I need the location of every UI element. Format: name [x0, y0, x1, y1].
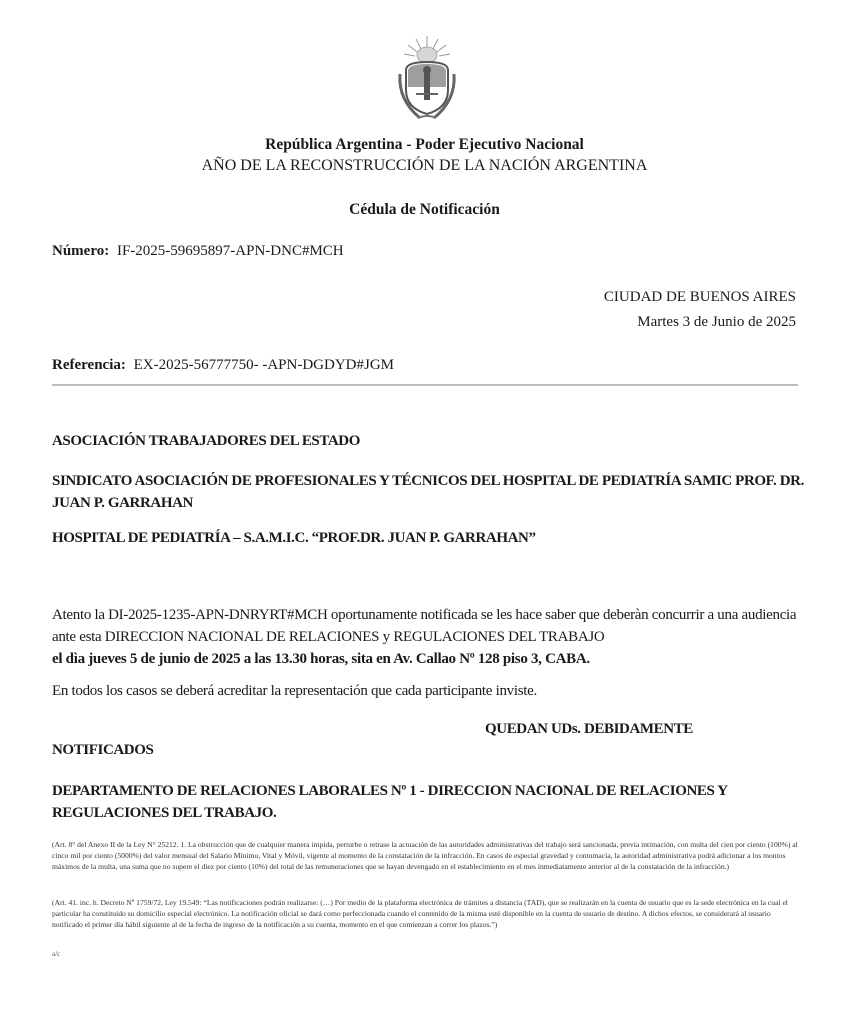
referencia-value: EX-2025-56777750- -APN-DGDYD#JGM — [134, 357, 394, 373]
recipient-1: ASOCIACIÓN TRABAJADORES DEL ESTADO — [52, 433, 360, 450]
hearing-details: el dìa jueves 5 de junio de 2025 a las 1… — [52, 651, 590, 667]
divider — [52, 384, 798, 386]
document-number: Número: IF-2025-59695897-APN-DNC#MCH — [52, 243, 344, 260]
summons-text: Atento la DI-2025-1235-APN-DNRYRT#MCH op… — [52, 607, 796, 645]
closing-line-1: QUEDAN UDs. DEBIDAMENTE — [485, 721, 693, 738]
document-title: Cédula de Notificación — [0, 201, 849, 219]
representation-paragraph: En todos los casos se deberá acreditar l… — [52, 683, 537, 700]
recipient-2: SINDICATO ASOCIACIÓN DE PROFESIONALES Y … — [52, 470, 812, 514]
date: Martes 3 de Junio de 2025 — [637, 314, 796, 331]
recipient-3: HOSPITAL DE PEDIATRÍA – S.A.M.I.C. “PROF… — [52, 530, 536, 547]
closing-line-2: NOTIFICADOS — [52, 742, 153, 759]
legal-note-art41: (Art. 41. inc. h. Decreto Nº 1759/72, Le… — [52, 897, 800, 931]
referencia-label: Referencia: — [52, 357, 126, 373]
city: CIUDAD DE BUENOS AIRES — [604, 289, 796, 306]
summons-paragraph: Atento la DI-2025-1235-APN-DNRYRT#MCH op… — [52, 604, 812, 670]
numero-value: IF-2025-59695897-APN-DNC#MCH — [117, 243, 344, 259]
argentina-coat-of-arms-icon — [396, 34, 458, 122]
issuing-department: DEPARTAMENTO DE RELACIONES LABORALES Nº … — [52, 780, 772, 824]
header-year-motto: AÑO DE LA RECONSTRUCCIÓN DE LA NACIÓN AR… — [0, 157, 849, 175]
header-republica: República Argentina - Poder Ejecutivo Na… — [0, 136, 849, 154]
numero-label: Número: — [52, 243, 109, 259]
reference: Referencia: EX-2025-56777750- -APN-DGDYD… — [52, 357, 394, 374]
legal-note-art8: (Art. 8° del Anexo II de la Ley N° 25212… — [52, 839, 800, 873]
footer-initials: a/c — [52, 950, 60, 958]
